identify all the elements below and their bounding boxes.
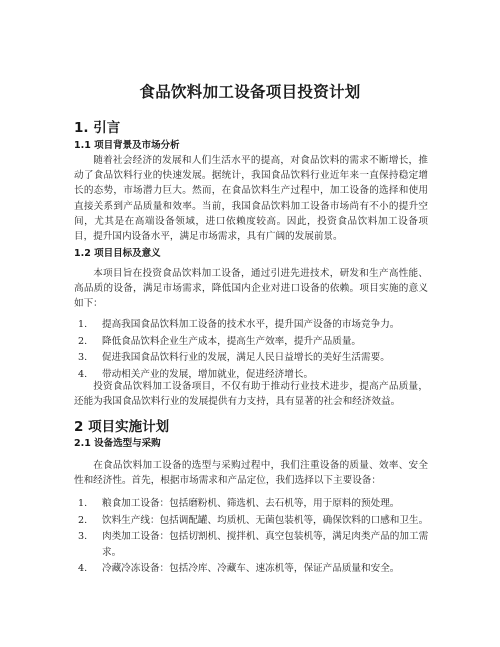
subsection-heading-equipment: 2.1 设备选型与采购 — [74, 435, 161, 449]
list-item-text: 促进我国食品饮料行业的发展，满足人民日益增长的美好生活需要。 — [102, 352, 390, 363]
list-item: 3.促进我国食品饮料行业的发展，满足人民日益增长的美好生活需要。 — [74, 350, 434, 365]
list-item: 3.肉类加工设备：包括切割机、搅拌机、真空包装机等，满足肉类产品的加工需求。 — [74, 529, 434, 559]
list-number: 1. — [78, 317, 87, 332]
list-item-text: 提高我国食品饮料加工设备的技术水平，提升国产设备的市场竞争力。 — [102, 319, 399, 330]
list-item-text: 粮食加工设备：包括磨粉机、筛选机、去石机等，用于原料的预处理。 — [102, 498, 399, 509]
list-item: 2.降低食品饮料企业生产成本，提高生产效率，提升产品质量。 — [74, 334, 434, 349]
document-page: 食品饮料加工设备项目投资计划 1. 引言 1.1 项目背景及市场分析 随着社会经… — [0, 0, 500, 647]
list-item-text: 降低食品饮料企业生产成本，提高生产效率，提升产品质量。 — [102, 336, 361, 347]
goals-list: 1.提高我国食品饮料加工设备的技术水平，提升国产设备的市场竞争力。 2.降低食品… — [74, 317, 434, 384]
subsection-heading-goals: 1.2 项目目标及意义 — [74, 245, 161, 259]
list-item-text: 肉类加工设备：包括切割机、搅拌机、真空包装机等，满足肉类产品的加工需求。 — [102, 531, 428, 557]
list-item-text: 饮料生产线：包括调配罐、均质机、无菌包装机等，确保饮料的口感和卫生。 — [102, 515, 428, 526]
section-heading-introduction: 1. 引言 — [74, 116, 120, 136]
paragraph-goals-intro: 本项目旨在投资食品饮料加工设备，通过引进先进技术，研发和生产高性能、高品质的设备… — [74, 266, 428, 312]
list-item: 2.饮料生产线：包括调配罐、均质机、无菌包装机等，确保饮料的口感和卫生。 — [74, 513, 434, 528]
document-title: 食品饮料加工设备项目投资计划 — [0, 80, 500, 102]
list-item-text: 冷藏冷冻设备：包括冷库、冷藏车、速冻机等，保证产品质量和安全。 — [102, 563, 399, 574]
list-number: 2. — [78, 513, 87, 528]
subsection-heading-background: 1.1 项目背景及市场分析 — [74, 137, 180, 151]
paragraph-background: 随着社会经济的发展和人们生活水平的提高，对食品饮料的需求不断增长，推动了食品饮料… — [74, 153, 428, 244]
list-number: 3. — [78, 529, 87, 544]
list-item: 1.提高我国食品饮料加工设备的技术水平，提升国产设备的市场竞争力。 — [74, 317, 434, 332]
paragraph-equipment-intro: 在食品饮料加工设备的选型与采购过程中，我们注重设备的质量、效率、安全性和经济性。… — [74, 458, 428, 488]
list-number: 3. — [78, 350, 87, 365]
section-heading-implementation: 2 项目实施计划 — [74, 415, 169, 435]
list-item: 1.粮食加工设备：包括磨粉机、筛选机、去石机等，用于原料的预处理。 — [74, 496, 434, 511]
list-number: 4. — [78, 561, 87, 576]
list-number: 2. — [78, 334, 87, 349]
list-number: 1. — [78, 496, 87, 511]
paragraph-goals-outro: 投资食品饮料加工设备项目，不仅有助于推动行业技术进步，提高产品质量，还能为我国食… — [74, 379, 428, 409]
list-item: 4.冷藏冷冻设备：包括冷库、冷藏车、速冻机等，保证产品质量和安全。 — [74, 561, 434, 576]
equipment-list: 1.粮食加工设备：包括磨粉机、筛选机、去石机等，用于原料的预处理。 2.饮料生产… — [74, 496, 434, 578]
